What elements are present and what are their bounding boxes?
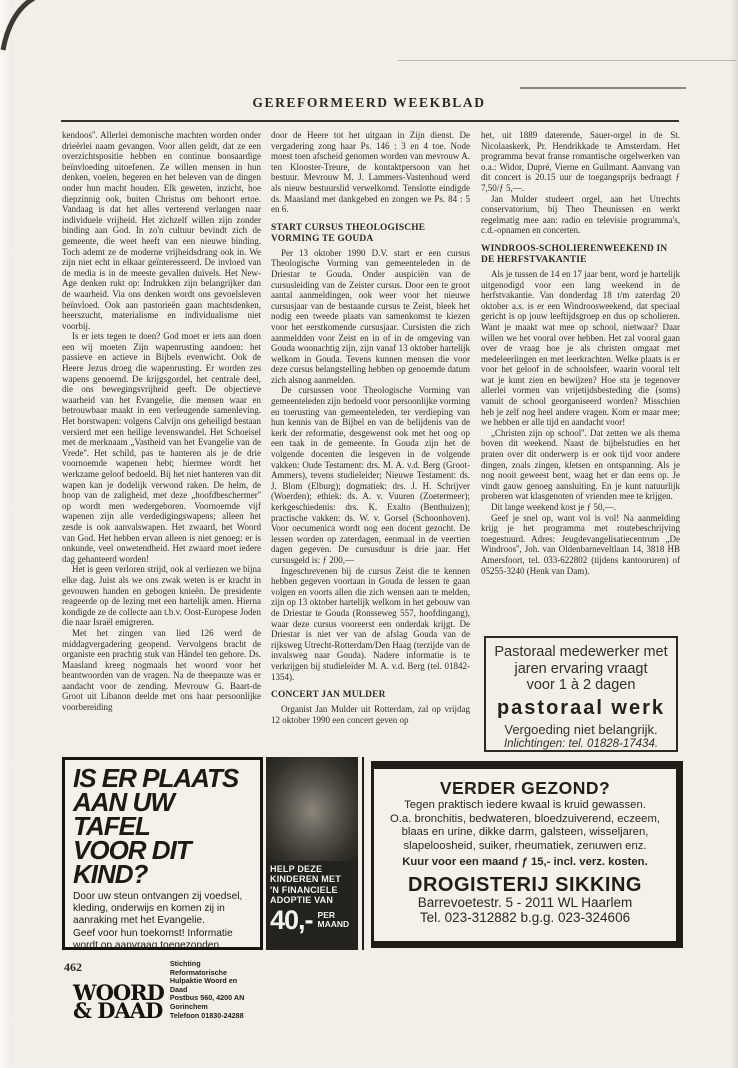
ad-financiele-adoptie: HELP DEZE KINDEREN MET 'N FINANCIELE ADO…	[266, 757, 358, 950]
pastoraal-line-3: voor 1 à 2 dagen	[486, 678, 676, 694]
masthead-title: GEREFORMEERD WEEKBLAD	[0, 95, 738, 111]
woord-daad-org-line-3: Postbus 560, 4200 AN Gorinchem	[170, 994, 252, 1011]
sikking-heading: VERDER GEZOND?	[374, 778, 676, 799]
col3-paragraph-5: Dit lange weekend kost je ƒ 50,—.	[481, 502, 680, 513]
woord-daad-org-info: Stichting Reformatorische Hulpaktie Woor…	[170, 960, 252, 1020]
pastoraal-line-2: jaren ervaring vraagt	[486, 662, 676, 678]
ad-drogisterij-sikking: VERDER GEZOND? Tegen praktisch iedere kw…	[371, 761, 683, 948]
adoptie-amount: 40,-	[270, 907, 313, 933]
ad-divider-rule	[362, 757, 364, 950]
woord-daad-headline-line-3: VOOR DIT KIND?	[73, 838, 252, 886]
sikking-store-name: DROGISTERIJ SIKKING	[374, 875, 676, 895]
woord-daad-logo-line-2: & DAAD	[73, 1002, 164, 1020]
page-number: 462	[64, 960, 82, 975]
woord-daad-org-line-1: Stichting Reformatorische	[170, 960, 252, 977]
woord-daad-body-1: Door uw steun ontvangen zij voedsel, kle…	[73, 891, 252, 926]
pastoraal-headline: pastoraal werk	[486, 696, 676, 720]
col3-paragraph-1: het, uit 1889 daterende, Sauer-orgel in …	[481, 130, 680, 194]
col3-paragraph-3: Als je tussen de 14 en 17 jaar bent, wor…	[481, 269, 680, 428]
ad-pastoraal-werk: Pastoraal medewerker met jaren ervaring …	[484, 636, 678, 752]
article-heading-concert-jan-mulder: CONCERT JAN MULDER	[271, 690, 470, 701]
sikking-price-line: Kuur voor een maand ƒ 15,- incl. verz. k…	[374, 856, 676, 868]
top-rule-artifact	[398, 60, 736, 61]
pastoraal-line-4: Vergoeding niet belangrijk.	[486, 722, 676, 737]
adoptie-caption-line-3: 'N FINANCIELE	[270, 885, 354, 895]
sikking-body-line-3: blaas en urine, dikke darm, galsteen, wi…	[374, 826, 676, 840]
scan-right-edge	[730, 0, 738, 1068]
page-curl-mark	[0, 0, 44, 54]
col2-paragraph-1: door de Heere tot het uitgaan in Zijn di…	[271, 130, 470, 215]
adoptie-caption-line-1: HELP DEZE	[270, 864, 354, 874]
text-column-2: door de Heere tot het uitgaan in Zijn di…	[271, 130, 470, 725]
col2-paragraph-5: Organist Jan Mulder uit Rotterdam, zal o…	[271, 704, 470, 725]
sikking-body-line-1: Tegen praktisch iedere kwaal is kruid ge…	[374, 799, 676, 813]
col1-paragraph-4: Met het zingen van lied 126 werd de midd…	[62, 628, 261, 713]
col3-paragraph-4: „Christen zijn op school''. Dat zetten w…	[481, 428, 680, 502]
sikking-phone: Tel. 023-312882 b.g.g. 023-324606	[374, 910, 676, 925]
article-heading-windroos-weekend: WINDROOS-SCHOLIERENWEEKEND IN DE HERFSTV…	[481, 244, 680, 266]
col2-paragraph-3: De cursussen voor Theologische Vorming v…	[271, 385, 470, 565]
col2-paragraph-2: Per 13 oktober 1990 D.V. start er een cu…	[271, 248, 470, 386]
woord-daad-logo: WOORD & DAAD	[73, 984, 164, 1020]
header-rule-artifact	[520, 87, 686, 89]
col3-paragraph-2: Jan Mulder studeert orgel, aan het Utrec…	[481, 194, 680, 236]
adoptie-caption-line-2: KINDEREN MET	[270, 874, 354, 884]
sikking-body-line-4: slapeloosheid, suiker, rheumatiek, zenuw…	[374, 840, 676, 854]
sikking-body-line-2: O.a. bronchitis, bedwateren, bloedzuiver…	[374, 813, 676, 827]
scan-left-edge	[0, 0, 10, 1068]
col2-paragraph-4: Ingeschrevenen bij de cursus Zeist die t…	[271, 566, 470, 683]
ad-woord-en-daad: IS ER PLAATS AAN UW TAFEL VOOR DIT KIND?…	[62, 757, 263, 950]
woord-daad-body-2: Geef voor hun toekomst! Informatie wordt…	[73, 928, 252, 952]
col1-paragraph-3: Het is geen verloren strijd, ook al verl…	[62, 564, 261, 628]
text-column-3: het, uit 1889 daterende, Sauer-orgel in …	[481, 130, 680, 576]
article-heading-cursus-gouda: START CURSUS THEOLOGISCHE VORMING TE GOU…	[271, 223, 470, 245]
masthead-rule	[61, 120, 679, 122]
pastoraal-line-1: Pastoraal medewerker met	[486, 645, 676, 661]
sikking-address: Barrevoetestr. 5 - 2011 WL Haarlem	[374, 895, 676, 910]
woord-daad-org-line-2: Hulpaktie Woord en Daad	[170, 977, 252, 994]
woord-daad-org-line-4: Telefoon 01830-24288	[170, 1012, 252, 1021]
adoptie-per-line-2: MAAND	[318, 920, 350, 930]
child-photo	[266, 757, 358, 861]
col1-paragraph-2: Is er iets tegen te doen? God moet er ie…	[62, 331, 261, 564]
woord-daad-headline-line-2: AAN UW TAFEL	[73, 790, 252, 838]
pastoraal-contact: Inlichtingen: tel. 01828-17434.	[486, 738, 676, 751]
text-column-1: kendoos''. Allerlei demonische machten w…	[62, 130, 261, 713]
col1-paragraph-1: kendoos''. Allerlei demonische machten w…	[62, 130, 261, 331]
col3-paragraph-6: Geef je snel op, want vol is vol! Na aan…	[481, 513, 680, 577]
